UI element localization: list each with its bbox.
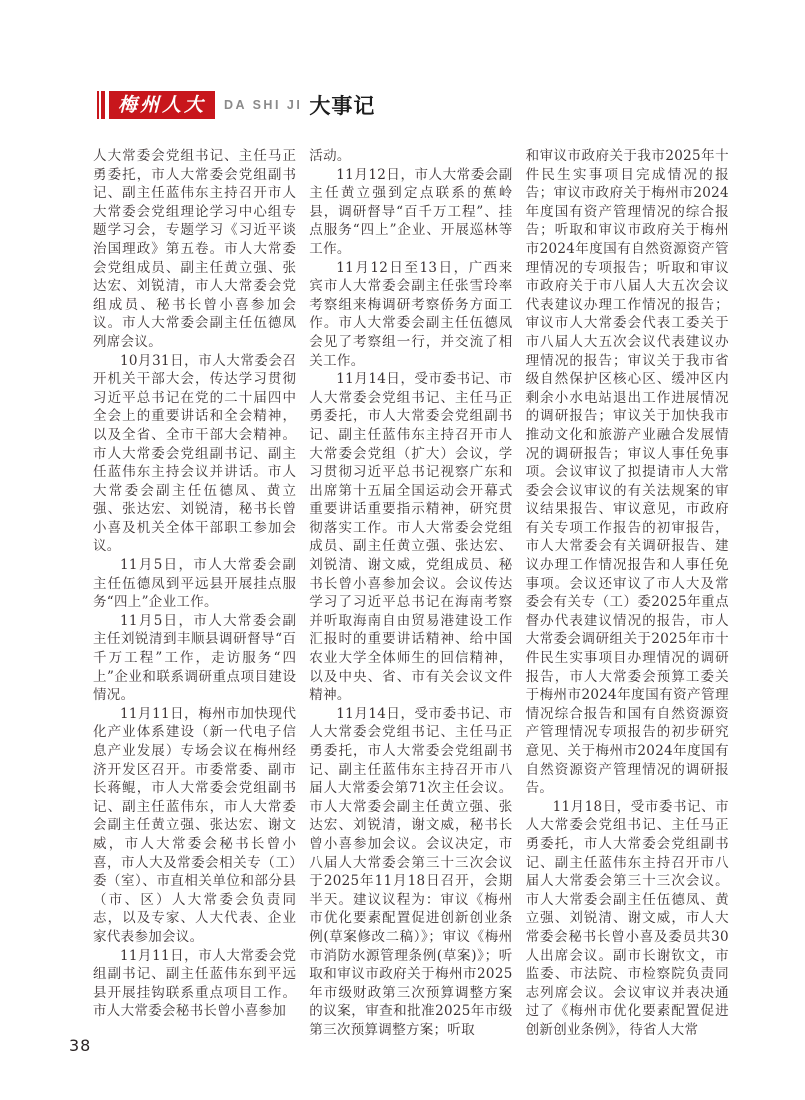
paragraph: 活动。 bbox=[309, 147, 512, 166]
paragraph: 11月18日，受市委书记、市人大常委会党组书记、主任马正勇委托，市人大常委会党组… bbox=[526, 798, 729, 1040]
text-column-1: 人大常委会党组书记、主任马正勇委托，市人大常委会党组副书记、副主任蓝伟东主持召开… bbox=[93, 147, 296, 1040]
text-column-2: 活动。11月12日，市人大常委会副主任黄立强到定点联系的蕉岭县，调研督导“百千万… bbox=[309, 147, 512, 1040]
brand-logo-text: 梅州人大 bbox=[118, 96, 206, 115]
paragraph: 11月11日，市人大常委会党组副书记、副主任蓝伟东到平远县开展挂钩联系重点项目工… bbox=[93, 947, 296, 1021]
section-title: 大事记 bbox=[309, 95, 375, 116]
paragraph: 人大常委会党组书记、主任马正勇委托，市人大常委会党组副书记、副主任蓝伟东主持召开… bbox=[93, 147, 296, 352]
article-columns: 人大常委会党组书记、主任马正勇委托，市人大常委会党组副书记、副主任蓝伟东主持召开… bbox=[93, 147, 729, 1040]
magazine-page: 梅州人大 DA SHI JI 大事记 人大常委会党组书记、主任马正勇委托，市人大… bbox=[0, 0, 805, 1100]
text-column-3: 和审议市政府关于我市2025年十件民生实事项目完成情况的报告；审议市政府关于梅州… bbox=[526, 147, 729, 1040]
paragraph: 11月14日，受市委书记、市人大常委会党组书记、主任马正勇委托，市人大常委会党组… bbox=[309, 370, 512, 705]
paragraph: 11月5日，市人大常委会副主任伍德凤到平远县开展挂点服务“四上”企业工作。 bbox=[93, 556, 296, 612]
paragraph: 10月31日，市人大常委会召开机关干部大会，传达学习贯彻习近平总书记在党的二十届… bbox=[93, 352, 296, 557]
page-number: 38 bbox=[69, 1036, 91, 1055]
paragraph: 11月12日，市人大常委会副主任黄立强到定点联系的蕉岭县，调研督导“百千万工程”… bbox=[309, 166, 512, 259]
page-header: 梅州人大 DA SHI JI 大事记 bbox=[97, 90, 375, 120]
paragraph: 11月5日，市人大常委会副主任刘锐清到丰顺县调研督导“百千万工程”工作，走访服务… bbox=[93, 612, 296, 705]
paragraph: 11月12日至13日，广西来宾市人大常委会副主任张雪玲率考察组来梅调研考察侨务方… bbox=[309, 259, 512, 371]
brand-latin-text: DA SHI JI bbox=[224, 99, 302, 112]
paragraph: 和审议市政府关于我市2025年十件民生实事项目完成情况的报告；审议市政府关于梅州… bbox=[526, 147, 729, 798]
brand-bar-icon bbox=[97, 91, 105, 119]
paragraph: 11月11日，梅州市加快现代化产业体系建设（新一代电子信息产业发展）专场会议在梅… bbox=[93, 705, 296, 947]
paragraph: 11月14日，受市委书记、市人大常委会党组书记、主任马正勇委托，市人大常委会党组… bbox=[309, 705, 512, 1040]
brand-logo: 梅州人大 bbox=[109, 91, 215, 119]
